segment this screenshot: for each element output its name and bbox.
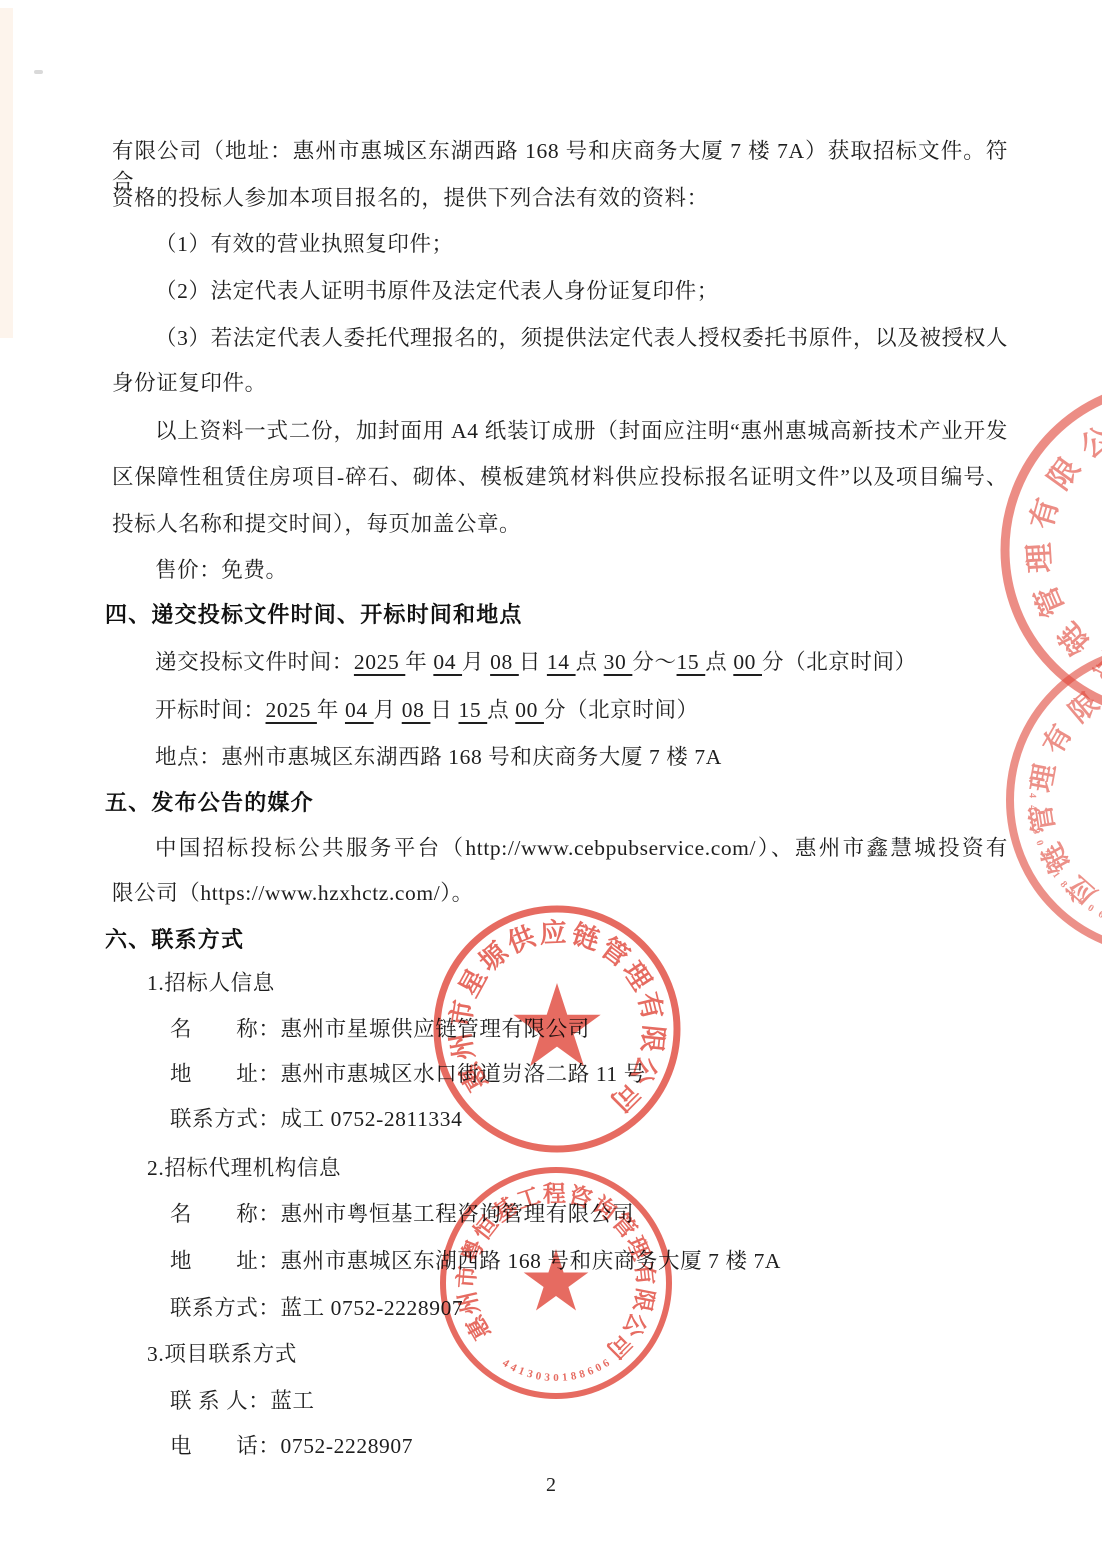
text-line: （2）法定代表人证明书原件及法定代表人身份证复印件； bbox=[155, 276, 719, 307]
svg-text:8: 8 bbox=[1066, 888, 1077, 899]
svg-text:有: 有 bbox=[1037, 719, 1079, 759]
text-line: （3）若法定代表人委托代理报名的，须提供法定代表人授权委托书原件，以及被授权人 bbox=[112, 323, 1008, 354]
svg-text:8: 8 bbox=[570, 1370, 578, 1383]
svg-text:3: 3 bbox=[526, 1368, 535, 1381]
text-line: 1.招标人信息 bbox=[147, 968, 275, 999]
svg-text:星: 星 bbox=[453, 964, 492, 1002]
svg-text:6: 6 bbox=[601, 1357, 612, 1370]
text-line: 资格的投标人参加本项目报名的，提供下列合法有效的资料： bbox=[112, 183, 709, 214]
text-line: 中国招标投标公共服务平台（http://www.cebpubservice.co… bbox=[112, 833, 1008, 864]
text-line: 名 称：惠州市粤恒基工程咨询管理有限公司 bbox=[170, 1199, 634, 1230]
text-line: 2.招标代理机构信息 bbox=[147, 1153, 341, 1184]
svg-text:3: 3 bbox=[1038, 850, 1050, 859]
svg-text:司: 司 bbox=[602, 1329, 636, 1363]
svg-text:管: 管 bbox=[1029, 581, 1071, 622]
svg-text:0: 0 bbox=[553, 1372, 559, 1384]
svg-text:限: 限 bbox=[1063, 687, 1102, 730]
svg-text:6: 6 bbox=[586, 1365, 596, 1378]
text-line: 联系方式：成工 0752-2811334 bbox=[170, 1104, 463, 1135]
svg-text:0: 0 bbox=[535, 1370, 543, 1383]
svg-text:应: 应 bbox=[1060, 869, 1102, 912]
svg-text:4: 4 bbox=[1027, 805, 1038, 811]
text-line: 开标时间：2025 年 04 月 08 日 15 点 00 分（北京时间） bbox=[155, 695, 699, 726]
svg-text:应: 应 bbox=[539, 917, 567, 949]
page-number: 2 bbox=[0, 1474, 1102, 1497]
svg-text:理: 理 bbox=[1023, 542, 1058, 574]
seal-edge-bottom: 惠州市星塬供应链管理有限公司4413030188606 bbox=[1010, 648, 1102, 952]
text-line: 递交投标文件时间：2025 年 04 月 08 日 14 点 30 分～15 点… bbox=[155, 647, 917, 678]
svg-text:供: 供 bbox=[503, 921, 540, 959]
svg-text:0: 0 bbox=[593, 1361, 604, 1374]
text-line: 联系方式：蓝工 0752-2228907 bbox=[170, 1293, 463, 1324]
svg-text:公: 公 bbox=[1074, 421, 1102, 465]
svg-text:0: 0 bbox=[1033, 839, 1045, 847]
svg-text:1: 1 bbox=[562, 1371, 569, 1383]
svg-text:公: 公 bbox=[618, 1309, 651, 1341]
svg-text:4: 4 bbox=[1027, 793, 1038, 798]
svg-text:1: 1 bbox=[1050, 870, 1062, 880]
text-line: 区保障性租赁住房项目-碎石、砌体、模板建筑材料供应投标报名证明文件”以及项目编号… bbox=[112, 462, 1008, 493]
text-line: 地点：惠州市惠城区东湖西路 168 号和庆商务大厦 7 楼 7A bbox=[155, 742, 722, 773]
text-line: 地 址：惠州市惠城区水口街道岃洛二路 11 号 bbox=[170, 1059, 646, 1090]
seal-edge-top: 惠州市星塬供应链管理有限公司 bbox=[1005, 385, 1102, 715]
svg-text:限: 限 bbox=[629, 1286, 658, 1313]
svg-text:惠: 惠 bbox=[461, 1310, 496, 1344]
svg-text:理: 理 bbox=[617, 957, 657, 996]
svg-text:有: 有 bbox=[632, 989, 668, 1022]
text-line: 地 址：惠州市惠城区东湖西路 168 号和庆商务大厦 7 楼 7A bbox=[170, 1246, 781, 1277]
svg-text:0: 0 bbox=[1085, 903, 1095, 915]
svg-text:6: 6 bbox=[1075, 896, 1086, 908]
svg-text:0: 0 bbox=[1043, 860, 1055, 870]
text-line: 限公司（https://www.hzxhctz.com/）。 bbox=[112, 878, 474, 909]
svg-text:4: 4 bbox=[508, 1361, 519, 1374]
svg-text:限: 限 bbox=[636, 1024, 669, 1054]
svg-text:限: 限 bbox=[1042, 452, 1086, 496]
text-line: 名 称：惠州市星塬供应链管理有限公司 bbox=[170, 1014, 590, 1045]
svg-text:6: 6 bbox=[1096, 909, 1102, 921]
svg-text:理: 理 bbox=[1026, 762, 1062, 795]
section-heading: 五、发布公告的媒介 bbox=[105, 787, 314, 818]
scan-speck bbox=[34, 70, 43, 74]
svg-text:3: 3 bbox=[1030, 828, 1042, 836]
svg-text:管: 管 bbox=[1024, 803, 1061, 836]
section-heading: 四、递交投标文件时间、开标时间和地点 bbox=[105, 599, 523, 630]
text-line: 联 系 人：蓝工 bbox=[170, 1386, 315, 1417]
svg-text:1: 1 bbox=[517, 1365, 526, 1378]
svg-text:管: 管 bbox=[595, 931, 635, 972]
section-heading: 六、联系方式 bbox=[105, 924, 244, 955]
text-line: 投标人名称和提交时间），每页加盖公章。 bbox=[112, 509, 521, 540]
svg-text:有: 有 bbox=[1025, 495, 1065, 533]
scan-edge-tint bbox=[0, 8, 13, 338]
svg-text:应: 应 bbox=[1089, 644, 1102, 687]
svg-text:链: 链 bbox=[1052, 616, 1097, 660]
svg-text:链: 链 bbox=[568, 919, 603, 956]
text-line: （1）有效的营业执照复印件； bbox=[155, 229, 454, 260]
text-line: 售价：免费。 bbox=[155, 555, 288, 586]
text-line: 电 话：0752-2228907 bbox=[170, 1431, 413, 1462]
svg-text:塬: 塬 bbox=[473, 936, 514, 977]
svg-text:供: 供 bbox=[1097, 891, 1102, 932]
svg-text:链: 链 bbox=[1035, 838, 1077, 878]
document-page: 有限公司（地址：惠州市惠城区东湖西路 168 号和庆商务大厦 7 楼 7A）获取… bbox=[0, 0, 1102, 1559]
svg-text:4: 4 bbox=[500, 1357, 511, 1370]
text-line: 3.项目联系方式 bbox=[147, 1339, 297, 1370]
svg-text:1: 1 bbox=[1028, 816, 1040, 823]
svg-text:3: 3 bbox=[544, 1371, 551, 1384]
text-line: 身份证复印件。 bbox=[112, 368, 267, 399]
svg-text:8: 8 bbox=[1058, 879, 1070, 890]
text-line: 以上资料一式二份，加封面用 A4 纸装订成册（封面应注明“惠州惠城高新技术产业开… bbox=[112, 416, 1008, 447]
svg-text:8: 8 bbox=[578, 1368, 587, 1381]
